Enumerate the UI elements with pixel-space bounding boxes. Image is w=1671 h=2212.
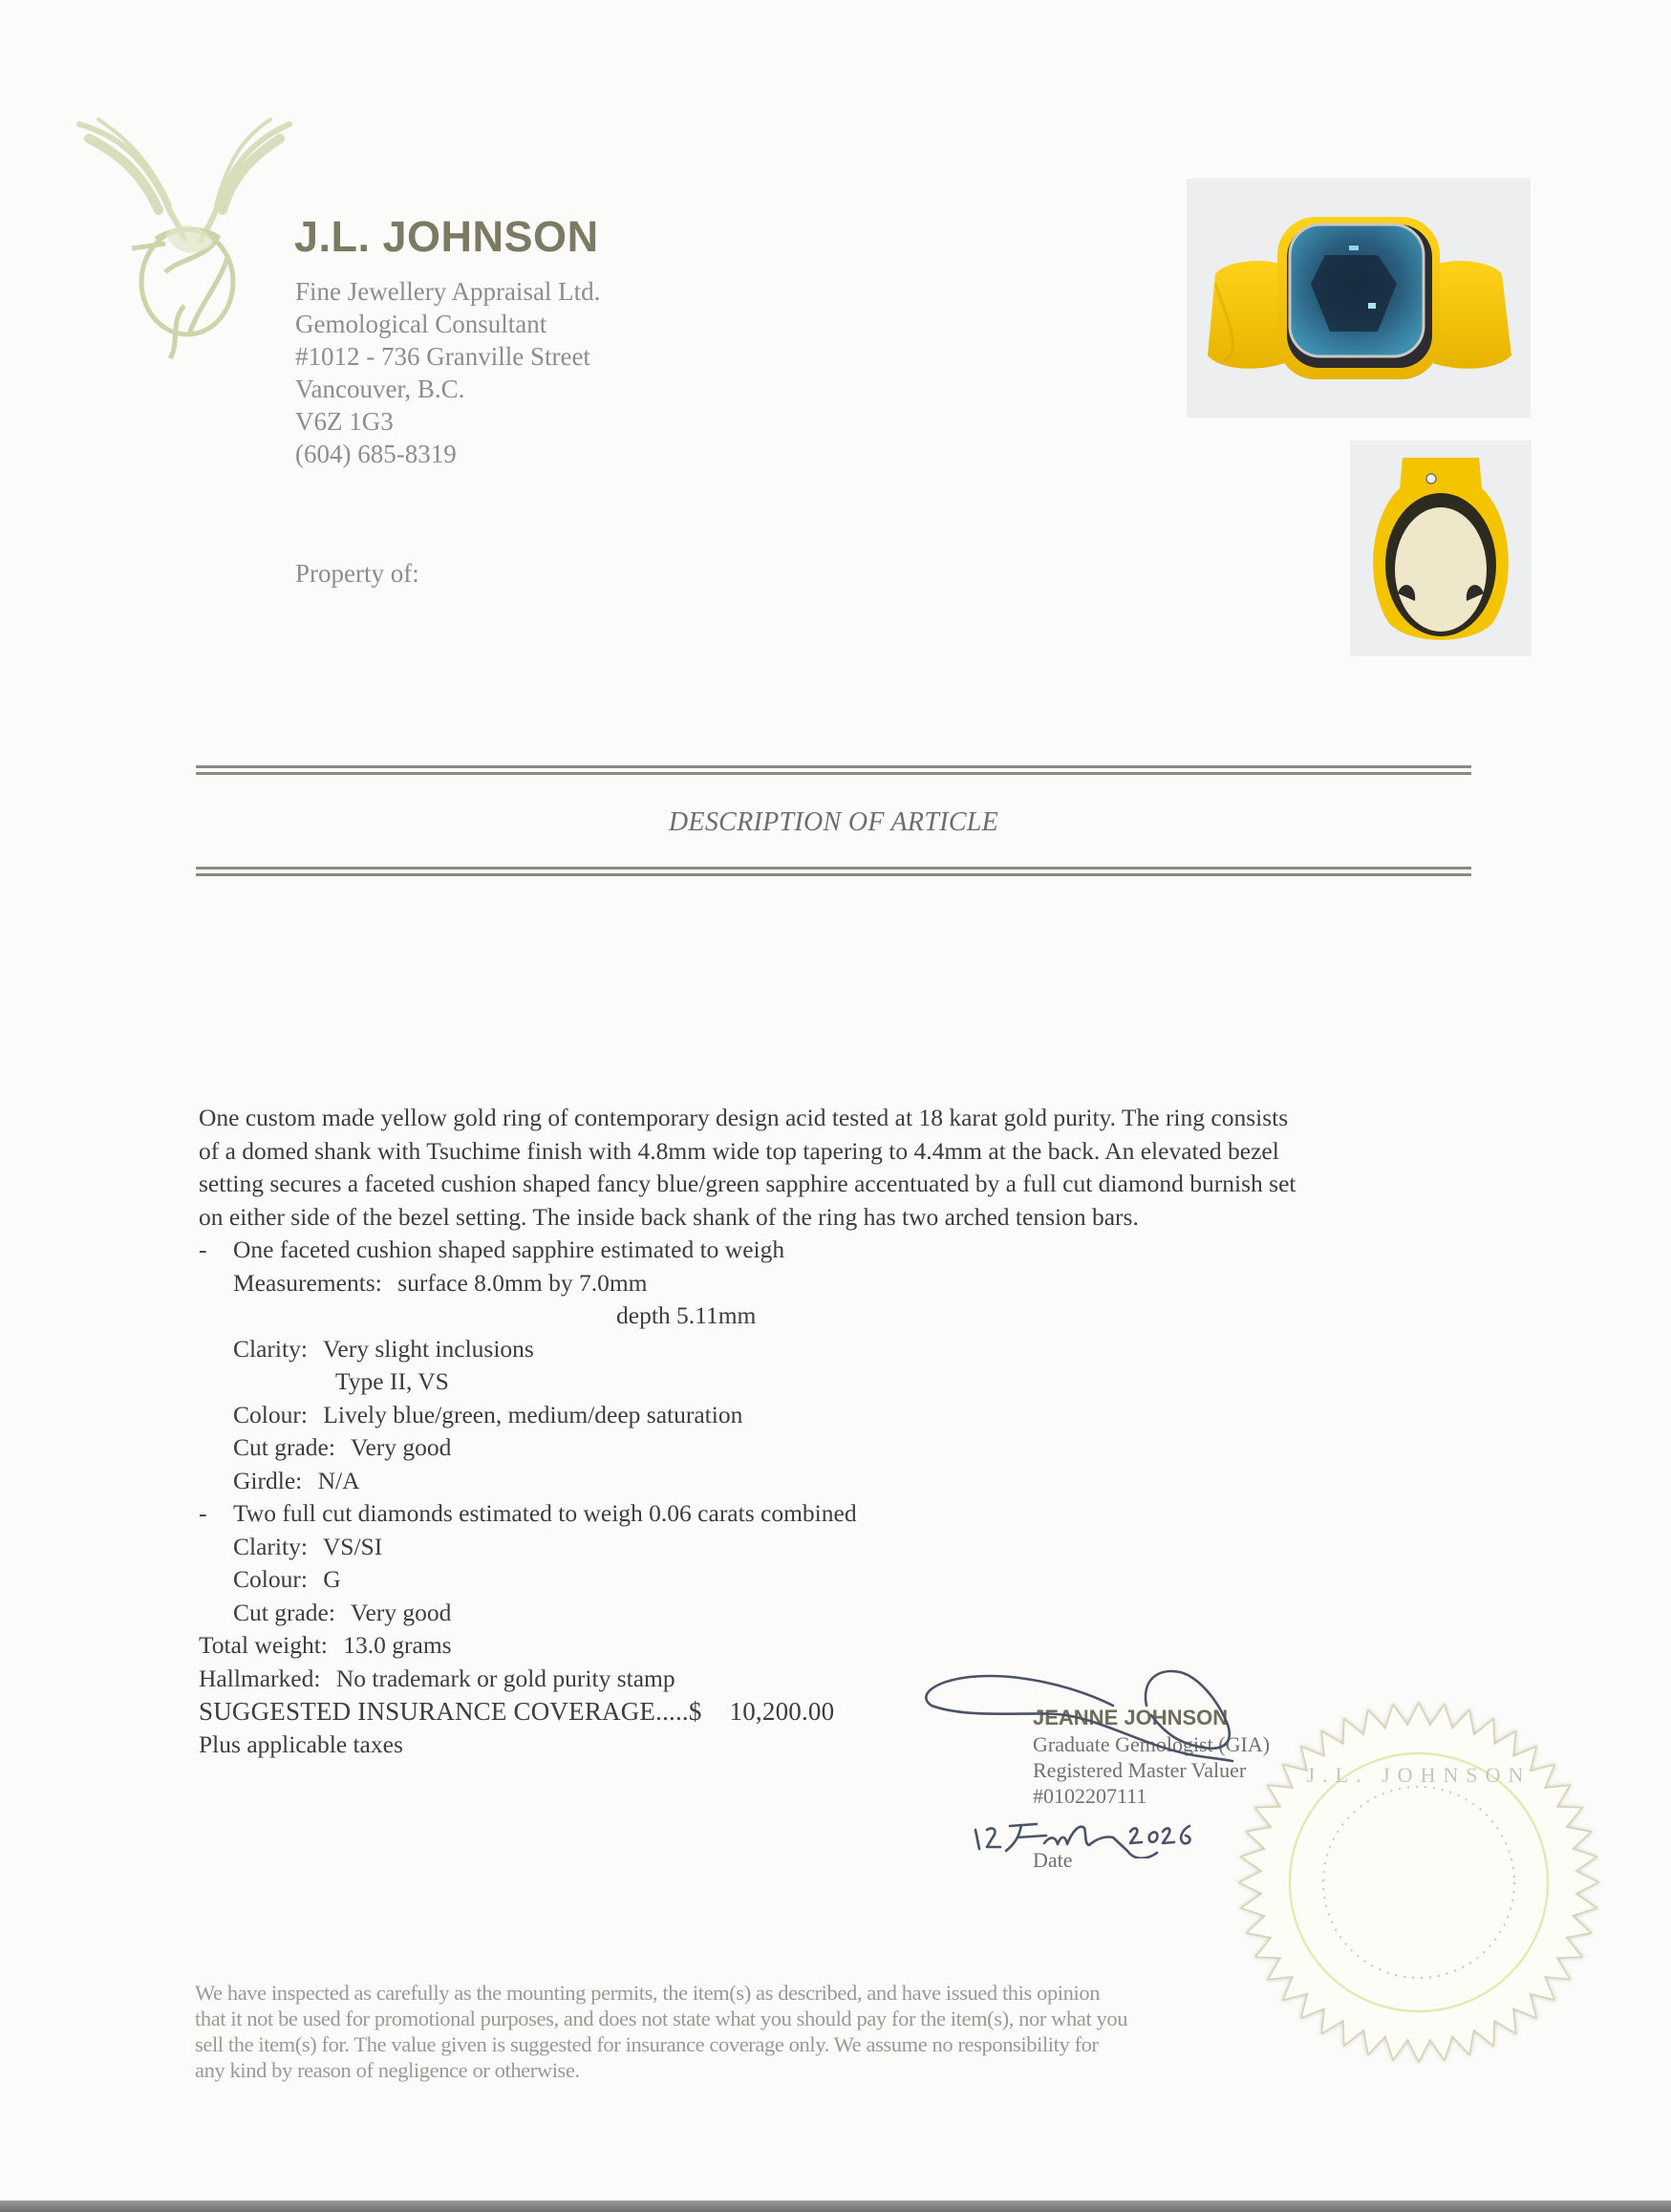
- field-value: Very slight inclusions: [323, 1335, 534, 1363]
- field-value: G: [323, 1565, 340, 1593]
- ring-top-view-photo: [1187, 179, 1531, 418]
- field-value: VS/SI: [323, 1533, 382, 1560]
- address-line: V6Z 1G3: [295, 405, 600, 438]
- field-label: Total weight:: [199, 1631, 328, 1659]
- disclaimer-line: any kind by reason of negligence or othe…: [195, 2057, 1322, 2083]
- gem-specifications: - One faceted cushion shaped sapphire es…: [199, 1234, 857, 1761]
- field-label: Cut grade:: [233, 1599, 335, 1626]
- field-value: Very good: [351, 1433, 452, 1461]
- sapphire-heading: - One faceted cushion shaped sapphire es…: [199, 1234, 857, 1267]
- diamonds-colour: Colour: G: [199, 1563, 857, 1597]
- address-line: Fine Jewellery Appraisal Ltd.: [295, 275, 600, 308]
- field-label: Cut grade:: [233, 1433, 335, 1461]
- divider-line: [196, 867, 1471, 870]
- divider-line: [196, 772, 1471, 775]
- insurance-label: SUGGESTED INSURANCE COVERAGE.....$: [199, 1697, 702, 1726]
- field-label: Colour:: [233, 1401, 308, 1428]
- sapphire-heading-text: One faceted cushion shaped sapphire esti…: [233, 1235, 784, 1263]
- section-title: DESCRIPTION OF ARTICLE: [196, 807, 1471, 838]
- article-description: One custom made yellow gold ring of cont…: [199, 1102, 1479, 1234]
- diamonds-heading: - Two full cut diamonds estimated to wei…: [199, 1497, 857, 1531]
- field-value: No trademark or gold purity stamp: [336, 1664, 675, 1692]
- divider-line: [196, 765, 1471, 768]
- diamonds-heading-text: Two full cut diamonds estimated to weigh…: [233, 1499, 857, 1527]
- company-name: J.L. JOHNSON: [294, 212, 599, 262]
- winged-griffin-emblem-icon: [75, 115, 294, 363]
- sapphire-depth: depth 5.11mm: [199, 1299, 857, 1333]
- bullet: -: [199, 1234, 207, 1267]
- seal-text: J.L. JOHNSON: [1307, 1763, 1532, 1787]
- field-label: Clarity:: [233, 1335, 308, 1363]
- diamonds-clarity: Clarity: VS/SI: [199, 1531, 857, 1564]
- sapphire-girdle: Girdle: N/A: [199, 1465, 857, 1498]
- sapphire-clarity: Clarity: Very slight inclusions: [199, 1333, 857, 1366]
- address-line: Gemological Consultant: [295, 308, 600, 340]
- disclaimer-line: sell the item(s) for. The value given is…: [195, 2031, 1322, 2057]
- taxes-note: Plus applicable taxes: [199, 1729, 857, 1762]
- company-address: Fine Jewellery Appraisal Ltd. Gemologica…: [295, 275, 600, 470]
- sapphire-clarity-type: Type II, VS: [199, 1365, 857, 1399]
- field-label: Hallmarked:: [199, 1664, 320, 1692]
- disclaimer-line: We have inspected as carefully as the mo…: [195, 1980, 1322, 2006]
- field-value: Very good: [351, 1599, 452, 1626]
- scan-bottom-edge: [0, 2201, 1671, 2212]
- field-label: Clarity:: [233, 1533, 308, 1560]
- address-line: (604) 685-8319: [295, 438, 600, 470]
- field-value: 13.0 grams: [343, 1631, 451, 1659]
- sapphire-colour: Colour: Lively blue/green, medium/deep s…: [199, 1399, 857, 1432]
- hallmark: Hallmarked: No trademark or gold purity …: [199, 1663, 857, 1696]
- field-value: Type II, VS: [335, 1367, 449, 1395]
- sapphire-measurements: Measurements: surface 8.0mm by 7.0mm: [199, 1267, 857, 1300]
- total-weight: Total weight: 13.0 grams: [199, 1629, 857, 1663]
- insurance-value: 10,200.00: [730, 1697, 835, 1726]
- field-value: depth 5.11mm: [616, 1301, 756, 1329]
- description-line: of a domed shank with Tsuchime finish wi…: [199, 1135, 1479, 1169]
- description-line: One custom made yellow gold ring of cont…: [199, 1102, 1479, 1135]
- legal-disclaimer: We have inspected as carefully as the mo…: [195, 1980, 1322, 2083]
- ring-inside-view-photo: [1350, 440, 1532, 656]
- field-value: surface 8.0mm by 7.0mm: [397, 1269, 647, 1297]
- property-of-label: Property of:: [295, 559, 419, 589]
- address-line: #1012 - 736 Granville Street: [295, 340, 600, 373]
- insurance-coverage: SUGGESTED INSURANCE COVERAGE.....$ 10,20…: [199, 1695, 857, 1729]
- address-line: Vancouver, B.C.: [295, 373, 600, 405]
- taxes-note-text: Plus applicable taxes: [199, 1730, 403, 1758]
- description-line: on either side of the bezel setting. The…: [199, 1201, 1479, 1235]
- divider-line: [196, 873, 1471, 876]
- disclaimer-line: that it not be used for promotional purp…: [195, 2006, 1322, 2031]
- bullet: -: [199, 1497, 207, 1531]
- diamonds-cut-grade: Cut grade: Very good: [199, 1597, 857, 1630]
- field-label: Girdle:: [233, 1467, 302, 1494]
- sapphire-cut-grade: Cut grade: Very good: [199, 1431, 857, 1465]
- field-label: Measurements:: [233, 1269, 382, 1297]
- field-label: Colour:: [233, 1565, 308, 1593]
- field-value: Lively blue/green, medium/deep saturatio…: [323, 1401, 742, 1428]
- field-value: N/A: [318, 1467, 360, 1494]
- description-line: setting secures a faceted cushion shaped…: [199, 1168, 1479, 1201]
